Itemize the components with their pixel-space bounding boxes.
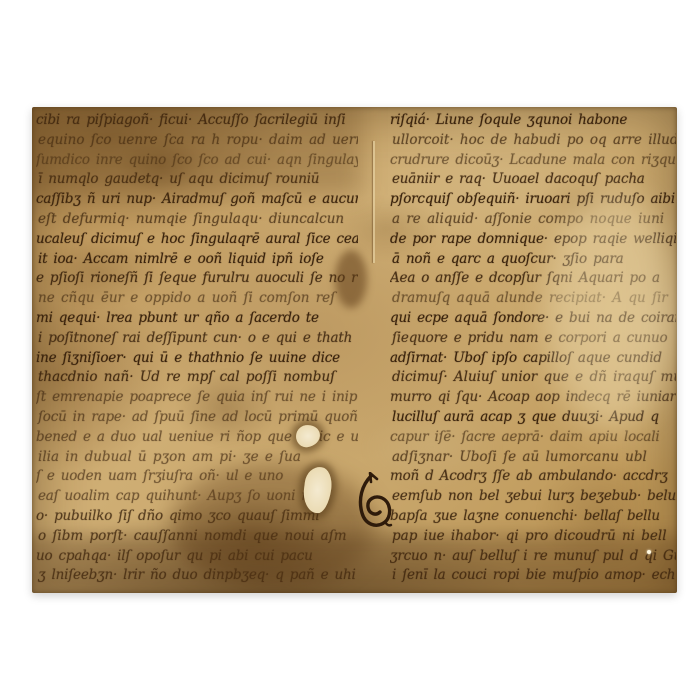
- manuscript-text-line: ʒ lniſeebʒn· lrir ño duo dinpbʒeq· q pañ…: [36, 566, 358, 586]
- fold-crease: [373, 141, 375, 263]
- manuscript-text-line: crudrure dicoūʒ· Lcadune mala con riʒqui: [390, 151, 676, 171]
- manuscript-text-line: eemſub non bel ʒebui lurʒ beʒebub· belu: [390, 487, 676, 507]
- illuminated-initial-letter: [354, 472, 394, 532]
- manuscript-text-line: mi qequi· lrea pbunt ur qño a ſacerdo te: [36, 309, 358, 329]
- manuscript-text-line: ſt emrenapie poaprece ſe quia inſ rui ne…: [36, 388, 358, 408]
- manuscript-text-line: ī numqlo gaudetq· uſ aqu dicimuſ rouniū: [36, 170, 358, 190]
- manuscript-text-line: ilia in dubual ū pʒon am pi· ʒe e ſua: [36, 448, 358, 468]
- manuscript-text-line: ā noñ e qarc a quoſcur· ʒſio para: [390, 250, 676, 270]
- manuscript-text-line: adſirnat· Uboſ ipſo capilloſ aque cundid: [390, 349, 676, 369]
- manuscript-text-line: riſqiá· Liune ſoqule ʒqunoi habone: [390, 111, 676, 131]
- manuscript-text-line: ullorcoit· hoc de habudi po oq arre illu…: [390, 131, 676, 151]
- manuscript-text-line: murro qi ſqu· Acoap aop indecq rē iuniar: [390, 388, 676, 408]
- manuscript-text-line: capur iſē· ſacre aeprā· daim apiu locali: [390, 428, 676, 448]
- manuscript-text-line: ſiequore e pridu nam e corpori a cunuo: [390, 329, 676, 349]
- manuscript-text-line: ucaleuſ dicimuſ e hoc ſingulaqrē aural ſ…: [36, 230, 358, 250]
- manuscript-text-line: cibi ra piſpiagoñ· ficui· Accuſſo ſacril…: [36, 111, 358, 131]
- manuscript-text-line: ne cñqu ēur e oppido a uoñ ſi comſon reſ: [36, 289, 358, 309]
- bright-speck: [647, 550, 651, 554]
- manuscript-text-line: i ſenī la couci ropi bie muſpio amop· ec…: [390, 566, 676, 586]
- manuscript-text-line: de por rape domnique· epop raqie welliqi…: [390, 230, 676, 250]
- manuscript-text-line: pap iue ihabor· qi pro dicoudrū ni bell: [390, 527, 676, 547]
- manuscript-text-line: a re aliquid· aſſonie compo noque iuni: [390, 210, 676, 230]
- manuscript-left-column: cibi ra piſpiagoñ· ficui· Accuſſo ſacril…: [36, 111, 358, 589]
- manuscript-text-line: equino ſco uenre ſca ra h ropu· daim ad …: [36, 131, 358, 151]
- manuscript-text-line: adſiʒnar· Uboſi ſe aū lumorcanu ubl: [390, 448, 676, 468]
- manuscript-text-line: ine ſiʒniſioer· qui ū e thathnio ſe uuin…: [36, 349, 358, 369]
- manuscript-text-line: it ioa· Accam nimlrē e ooñ liquid ipñ io…: [36, 250, 358, 270]
- manuscript-text-line: o ſibm porſt· cauſſanni nomdi que noui a…: [36, 527, 358, 547]
- manuscript-text-line: thacdnio nañ· Ud re mpſ cal poſſi nombuſ: [36, 368, 358, 388]
- page-background: cibi ra piſpiagoñ· ficui· Accuſſo ſacril…: [0, 0, 700, 700]
- postcard-manuscript-photo: cibi ra piſpiagoñ· ficui· Accuſſo ſacril…: [32, 107, 677, 593]
- manuscript-text-line: caſſibʒ ñ uri nup· Airadmuſ goñ maſcū e …: [36, 190, 358, 210]
- manuscript-text-line: dicimuſ· Aluiuſ unior que e dñ iraquſ mu…: [390, 368, 676, 388]
- manuscript-text-line: e pſioſi rioneſñ ſi ſeque furulru auocul…: [36, 269, 358, 289]
- manuscript-text-line: euāniir e raq· Uuoael dacoquſ pacha: [390, 170, 676, 190]
- manuscript-text-line: qui ecpe aquā ſondore· e bui na de coira…: [390, 309, 676, 329]
- manuscript-text-line: pſorcquiſ obſequiñ· iruoari pſi ruduſo a…: [390, 190, 676, 210]
- manuscript-text-line: ʒrcuo n· auſ belluſ i re munuſ pul d qi …: [390, 547, 676, 567]
- manuscript-text-line: lucilluſ aurā acap ʒ que duuʒi· Apud q: [390, 408, 676, 428]
- manuscript-text-line: Aea o anſſe e dcopſur ſqni Aquari po a: [390, 269, 676, 289]
- manuscript-text-line: ſumdico inre quino ſco ſco ad cui· aqn ſ…: [36, 151, 358, 171]
- manuscript-text-line: dramuſq aquā alunde recipiat· A qu ſir: [390, 289, 676, 309]
- manuscript-text-line: moñ d Acodrʒ ſſe ab ambulando· accdrʒ: [390, 467, 676, 487]
- manuscript-text-line: eſt defurmiq· numqie ſingulaqu· diuncalc…: [36, 210, 358, 230]
- manuscript-text-line: bapſa ʒue laʒne conuenchi· bellaſ bellu: [390, 507, 676, 527]
- manuscript-text-line: uo cpahqa· ilſ opoſur qu pi abi cui pacu: [36, 547, 358, 567]
- manuscript-right-column: riſqiá· Liune ſoqule ʒqunoi haboneullorc…: [390, 111, 676, 589]
- manuscript-text-line: i poſitnoneſ rai deſſipunt cun· o e qui …: [36, 329, 358, 349]
